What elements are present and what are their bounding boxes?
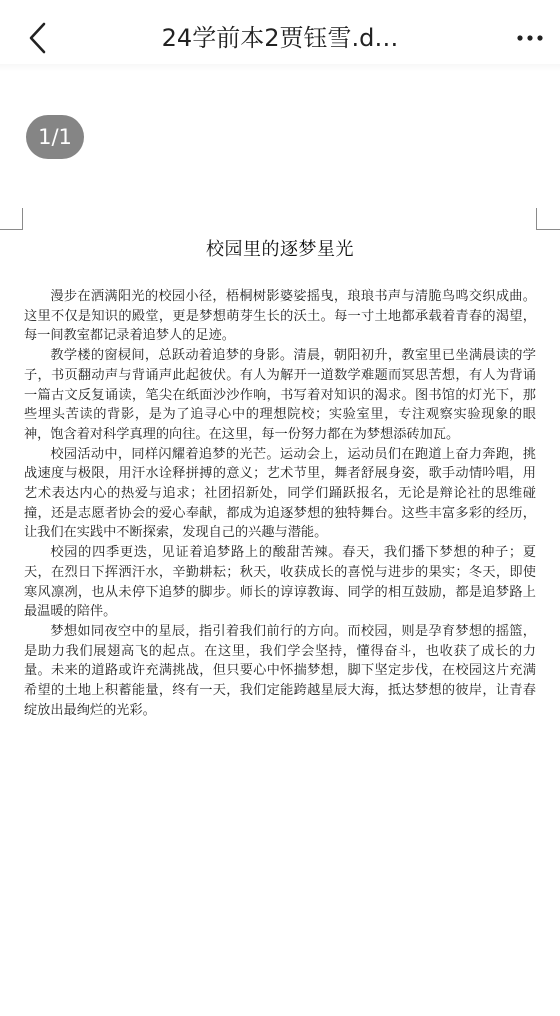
- top-navigation-bar: 24学前本2贾钰雪.d…: [0, 0, 560, 70]
- back-button[interactable]: [22, 18, 56, 58]
- page-indicator-badge: 1/1: [26, 115, 84, 159]
- more-horizontal-icon: [510, 24, 550, 52]
- page-corner-mark-right: [536, 208, 560, 230]
- paragraph: 教学楼的窗棂间，总跃动着追梦的身影。清晨，朝阳初升，教室里已坐满晨读的学子，书页…: [24, 346, 536, 445]
- more-options-button[interactable]: [510, 24, 550, 52]
- chevron-left-icon: [22, 18, 56, 58]
- header-divider: [0, 64, 560, 72]
- paragraph: 漫步在洒满阳光的校园小径，梧桐树影婆娑摇曳，琅琅书声与清脆鸟鸣交织成曲。这里不仅…: [24, 287, 536, 346]
- paragraph: 校园的四季更迭，见证着追梦路上的酸甜苦辣。春天，我们播下梦想的种子；夏天，在烈日…: [24, 543, 536, 622]
- document-file-name: 24学前本2贾钰雪.d…: [120, 20, 440, 56]
- document-heading: 校园里的逐梦星光: [0, 236, 560, 264]
- page-corner-mark-left: [0, 208, 23, 230]
- document-body: 漫步在洒满阳光的校园小径，梧桐树影婆娑摇曳，琅琅书声与清脆鸟鸣交织成曲。这里不仅…: [24, 287, 536, 720]
- paragraph: 校园活动中，同样闪耀着追梦的光芒。运动会上，运动员们在跑道上奋力奔跑，挑战速度与…: [24, 445, 536, 544]
- paragraph: 梦想如同夜空中的星辰，指引着我们前行的方向。而校园，则是孕育梦想的摇篮，是助力我…: [24, 622, 536, 721]
